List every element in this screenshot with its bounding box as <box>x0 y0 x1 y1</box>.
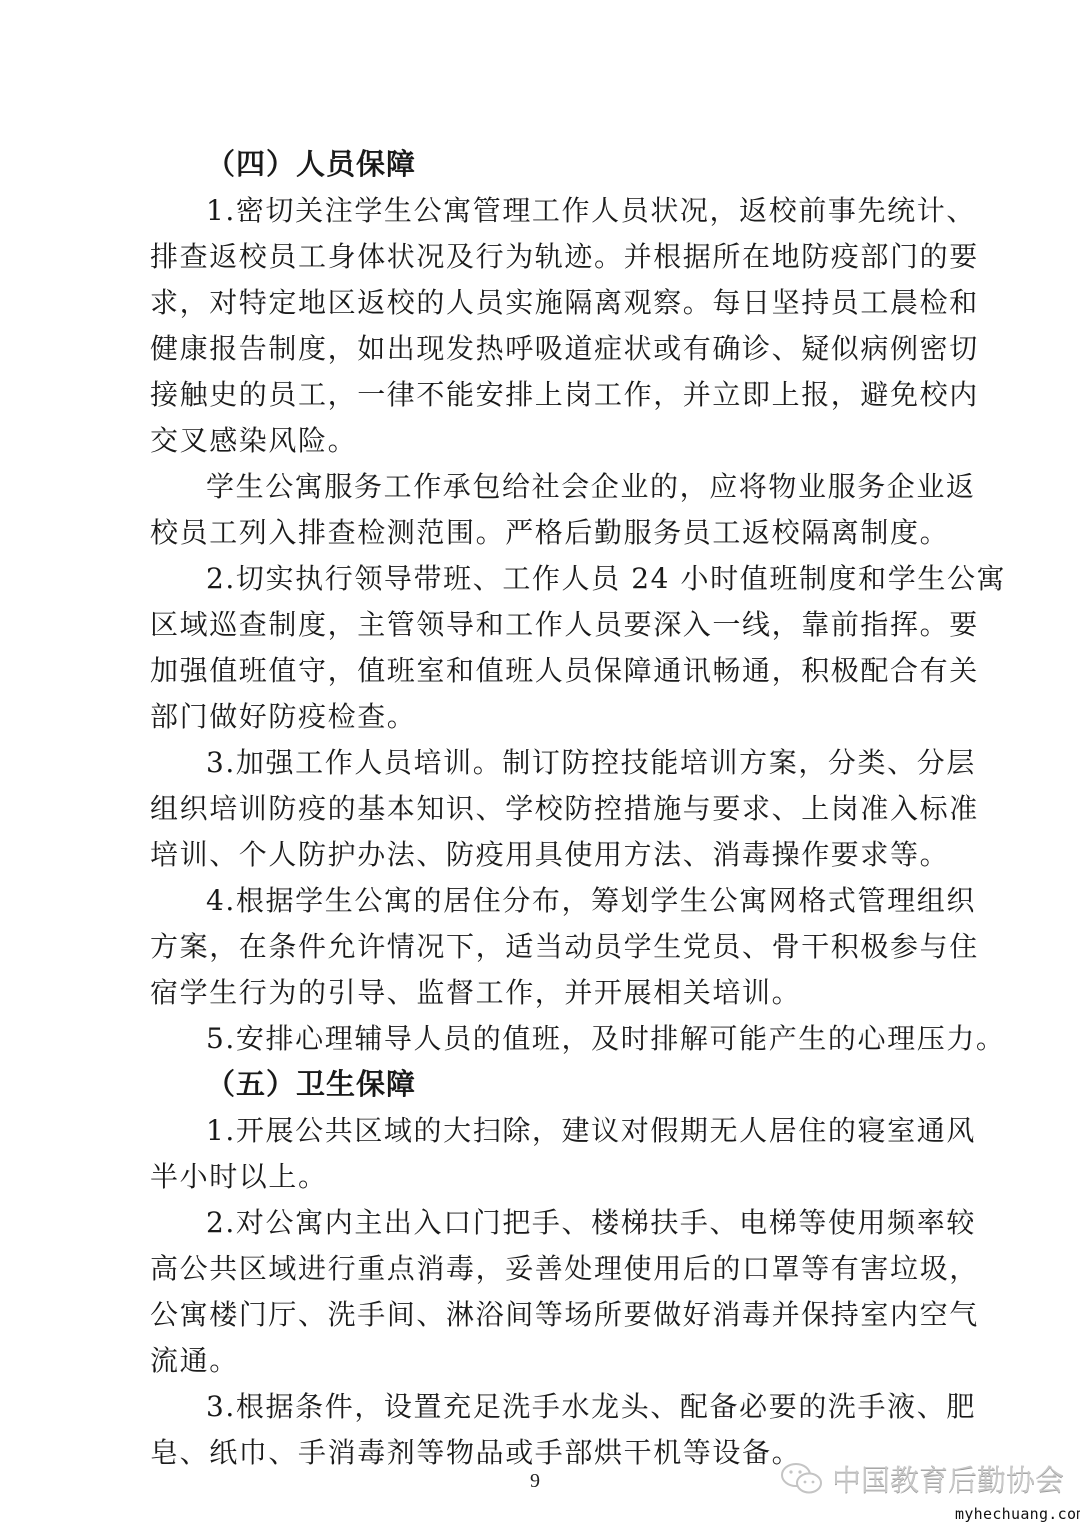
paragraph-line: 1.开展公共区域的大扫除，建议对假期无人居住的寝室通风 <box>206 1113 930 1149</box>
paragraph-line: 健康报告制度，如出现发热呼吸道症状或有确诊、疑似病例密切 <box>150 331 930 367</box>
paragraph-line: 学生公寓服务工作承包给社会企业的，应将物业服务企业返 <box>206 469 930 505</box>
paragraph-line: 交叉感染风险。 <box>150 423 930 459</box>
paragraph-line: 接触史的员工，一律不能安排上岗工作，并立即上报，避免校内 <box>150 377 930 413</box>
paragraph-line: 4.根据学生公寓的居住分布，筹划学生公寓网格式管理组织 <box>206 883 930 919</box>
paragraph-line: 校员工列入排查检测范围。严格后勤服务员工返校隔离制度。 <box>150 515 930 551</box>
paragraph-line: 方案，在条件允许情况下，适当动员学生党员、骨干积极参与住 <box>150 929 930 965</box>
paragraph-line: 流通。 <box>150 1343 930 1379</box>
paragraph-line: 部门做好防疫检查。 <box>150 699 930 735</box>
paragraph-line: 排查返校员工身体状况及行为轨迹。并根据所在地防疫部门的要 <box>150 239 930 275</box>
paragraph-line: 2.对公寓内主出入口门把手、楼梯扶手、电梯等使用频率较 <box>206 1205 930 1241</box>
section-heading-personnel: （四）人员保障 <box>206 146 416 182</box>
wechat-icon <box>780 1462 824 1496</box>
watermark: 中国教育后勤协会 <box>780 1458 1064 1499</box>
paragraph-line: 2.切实执行领导带班、工作人员 24 小时值班制度和学生公寓 <box>206 561 930 597</box>
section-heading-hygiene: （五）卫生保障 <box>206 1066 416 1102</box>
document-page: （四）人员保障 1.密切关注学生公寓管理工作人员状况，返校前事先统计、 排查返校… <box>0 0 1080 1528</box>
paragraph-line: 公寓楼门厅、洗手间、淋浴间等场所要做好消毒并保持室内空气 <box>150 1297 930 1333</box>
paragraph-line: 加强值班值守，值班室和值班人员保障通讯畅通，积极配合有关 <box>150 653 930 689</box>
paragraph-line: 培训、个人防护办法、防疫用具使用方法、消毒操作要求等。 <box>150 837 930 873</box>
paragraph-line: 3.加强工作人员培训。制订防控技能培训方案，分类、分层 <box>206 745 930 781</box>
site-url: myhechuang.com <box>955 1505 1080 1523</box>
paragraph-line: 求，对特定地区返校的人员实施隔离观察。每日坚持员工晨检和 <box>150 285 930 321</box>
paragraph-line: 高公共区域进行重点消毒，妥善处理使用后的口罩等有害垃圾， <box>150 1251 930 1287</box>
paragraph-line: 区域巡查制度，主管领导和工作人员要深入一线，靠前指挥。要 <box>150 607 930 643</box>
paragraph-line: 1.密切关注学生公寓管理工作人员状况，返校前事先统计、 <box>206 193 930 229</box>
paragraph-line: 3.根据条件，设置充足洗手水龙头、配备必要的洗手液、肥 <box>206 1389 930 1425</box>
paragraph-line: 5.安排心理辅导人员的值班，及时排解可能产生的心理压力。 <box>206 1021 930 1057</box>
paragraph-line: 宿学生行为的引导、监督工作，并开展相关培训。 <box>150 975 930 1011</box>
paragraph-line: 半小时以上。 <box>150 1159 930 1195</box>
page-number: 9 <box>530 1470 540 1493</box>
paragraph-line: 组织培训防疫的基本知识、学校防控措施与要求、上岗准入标准 <box>150 791 930 827</box>
watermark-text: 中国教育后勤协会 <box>832 1458 1064 1499</box>
